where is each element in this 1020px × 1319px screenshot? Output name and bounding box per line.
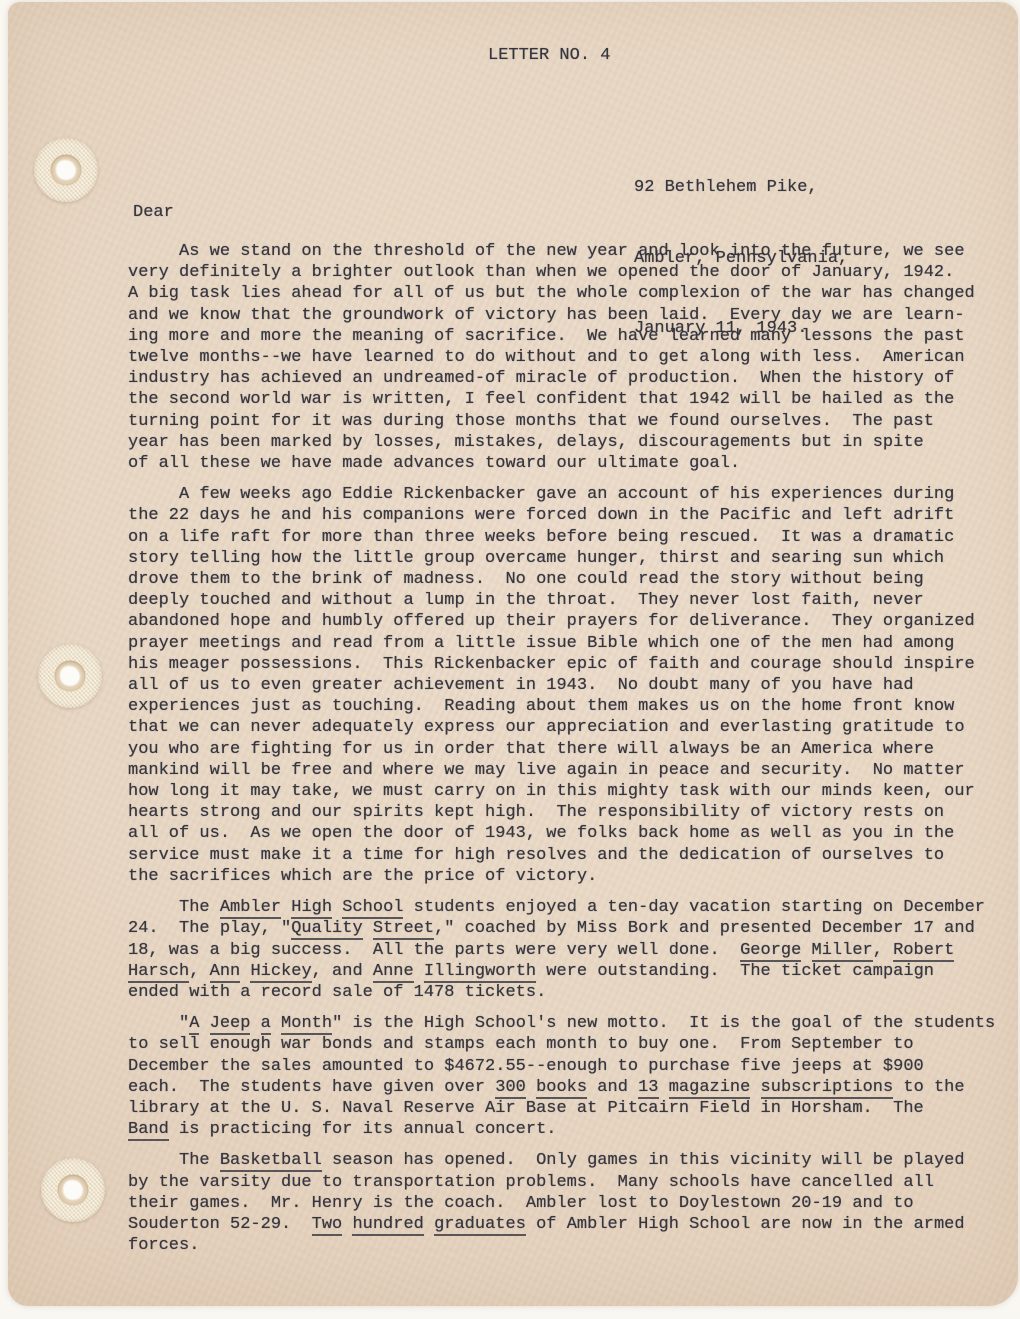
letter-line: all of us. As we open the door of 1943, … bbox=[128, 823, 1018, 844]
underlined-text: graduates bbox=[434, 1215, 526, 1236]
letter-line: abandoned hope and humbly offered up the… bbox=[128, 611, 1018, 632]
letter-line: turning point for it was during those mo… bbox=[128, 411, 1018, 432]
underlined-text: Basketball bbox=[220, 1151, 322, 1172]
letter-line: prayer meetings and read from a little i… bbox=[128, 633, 1018, 654]
salutation: Dear bbox=[133, 203, 174, 222]
underlined-text: High bbox=[291, 898, 332, 919]
letter-paragraph: A few weeks ago Eddie Rickenbacker gave … bbox=[128, 484, 1018, 887]
underlined-text: Quality bbox=[291, 919, 362, 940]
underlined-text: Robert bbox=[893, 941, 954, 962]
letter-paragraph: The Ambler High School students enjoyed … bbox=[128, 897, 1018, 1003]
underlined-text: A bbox=[189, 1014, 199, 1035]
underlined-text: Harsch bbox=[128, 962, 189, 983]
underlined-text: School bbox=[342, 898, 403, 919]
letter-paragraph: As we stand on the threshold of the new … bbox=[128, 241, 1018, 474]
letter-line: "A Jeep a Month" is the High School's ne… bbox=[128, 1013, 1018, 1034]
letter-paragraph: The Basketball season has opened. Only g… bbox=[128, 1150, 1018, 1256]
letter-line: all of us to even greater achievement in… bbox=[128, 675, 1018, 696]
letter-line: to sell enough war bonds and stamps each… bbox=[128, 1034, 1018, 1055]
underlined-text: Month bbox=[281, 1014, 332, 1035]
letter-line: ended with a record sale of 1478 tickets… bbox=[128, 982, 1018, 1003]
letter-line: drove them to the brink of madness. No o… bbox=[128, 569, 1018, 590]
underlined-text: Ambler bbox=[220, 898, 281, 919]
letter-line: 18, was a big success. All the parts wer… bbox=[128, 940, 1018, 961]
letter-line: very definitely a brighter outlook than … bbox=[128, 262, 1018, 283]
underlined-text: George bbox=[740, 941, 801, 962]
letter-line: ing more and more the meaning of sacrifi… bbox=[128, 326, 1018, 347]
punch-hole-middle bbox=[38, 644, 102, 708]
letter-line: twelve months--we have learned to do wit… bbox=[128, 347, 1018, 368]
letter-line: As we stand on the threshold of the new … bbox=[128, 241, 1018, 262]
letter-line: Harsch, Ann Hickey, and Anne Illingworth… bbox=[128, 961, 1018, 982]
letter-line: of all these we have made advances towar… bbox=[128, 453, 1018, 474]
letter-line: on a life raft for more than three weeks… bbox=[128, 527, 1018, 548]
scanned-letter-page: LETTER NO. 4 92 Bethlehem Pike, Ambler, … bbox=[0, 0, 1020, 1319]
letter-line: hearts strong and our spirits kept high.… bbox=[128, 802, 1018, 823]
letter-heading: LETTER NO. 4 bbox=[488, 46, 610, 65]
letter-line: story telling how the little group overc… bbox=[128, 548, 1018, 569]
underlined-text: Anne bbox=[373, 962, 414, 983]
letter-body: As we stand on the threshold of the new … bbox=[128, 241, 1018, 1266]
underlined-text: magazine bbox=[669, 1078, 751, 1099]
letter-line: his meager possessions. This Rickenbacke… bbox=[128, 654, 1018, 675]
letter-line: deeply touched and without a lump in the… bbox=[128, 590, 1018, 611]
letter-line: you who are fighting for us in order tha… bbox=[128, 739, 1018, 760]
underlined-text: a bbox=[261, 1014, 271, 1035]
underlined-text: Ann bbox=[210, 962, 241, 983]
letter-paragraph: "A Jeep a Month" is the High School's ne… bbox=[128, 1013, 1018, 1140]
letter-line: industry has achieved an undreamed-of mi… bbox=[128, 368, 1018, 389]
letter-line: experiences just as touching. Reading ab… bbox=[128, 696, 1018, 717]
underlined-text: Band bbox=[128, 1120, 169, 1141]
letter-line: mankind will be free and where we may li… bbox=[128, 760, 1018, 781]
letter-line: that we can never adequately express our… bbox=[128, 717, 1018, 738]
letter-line: December the sales amounted to $4672.55-… bbox=[128, 1056, 1018, 1077]
letter-line: Souderton 52-29. Two hundred graduates o… bbox=[128, 1214, 1018, 1235]
letter-line: forces. bbox=[128, 1235, 1018, 1256]
letter-line: year has been marked by losses, mistakes… bbox=[128, 432, 1018, 453]
letter-line: each. The students have given over 300 b… bbox=[128, 1077, 1018, 1098]
letter-line: how long it may take, we must carry on i… bbox=[128, 781, 1018, 802]
letter-line: The Ambler High School students enjoyed … bbox=[128, 897, 1018, 918]
punch-hole-top bbox=[34, 138, 98, 202]
letter-line: 24. The play, "Quality Street," coached … bbox=[128, 918, 1018, 939]
underlined-text: Miller bbox=[812, 941, 873, 962]
letter-line: by the varsity due to transportation pro… bbox=[128, 1172, 1018, 1193]
underlined-text: Two bbox=[312, 1215, 343, 1236]
letter-line: The Basketball season has opened. Only g… bbox=[128, 1150, 1018, 1171]
underlined-text: books bbox=[536, 1078, 587, 1099]
letter-line: the sacrifices which are the price of vi… bbox=[128, 866, 1018, 887]
letter-line: service must make it a time for high res… bbox=[128, 845, 1018, 866]
underlined-text: Jeep bbox=[210, 1014, 251, 1035]
letter-line: and we know that the groundwork of victo… bbox=[128, 305, 1018, 326]
letter-line: library at the U. S. Naval Reserve Air B… bbox=[128, 1098, 1018, 1119]
letter-line: the 22 days he and his companions were f… bbox=[128, 505, 1018, 526]
underlined-text: hundred bbox=[352, 1215, 423, 1236]
underlined-text: Hickey bbox=[250, 962, 311, 983]
underlined-text: Illingworth bbox=[424, 962, 536, 983]
underlined-text: 300 bbox=[495, 1078, 526, 1099]
punch-hole-bottom bbox=[41, 1158, 105, 1222]
underlined-text: 13 bbox=[638, 1078, 658, 1099]
letter-line: their games. Mr. Henry is the coach. Amb… bbox=[128, 1193, 1018, 1214]
letter-line: Band is practicing for its annual concer… bbox=[128, 1119, 1018, 1140]
underlined-text: subscriptions bbox=[761, 1078, 894, 1099]
letter-paper: LETTER NO. 4 92 Bethlehem Pike, Ambler, … bbox=[8, 2, 1018, 1306]
letter-line: A few weeks ago Eddie Rickenbacker gave … bbox=[128, 484, 1018, 505]
letter-line: the second world war is written, I feel … bbox=[128, 389, 1018, 410]
letter-line: A big task lies ahead for all of us but … bbox=[128, 283, 1018, 304]
underlined-text: Street bbox=[373, 919, 434, 940]
address-line-street: 92 Bethlehem Pike, bbox=[634, 176, 848, 200]
